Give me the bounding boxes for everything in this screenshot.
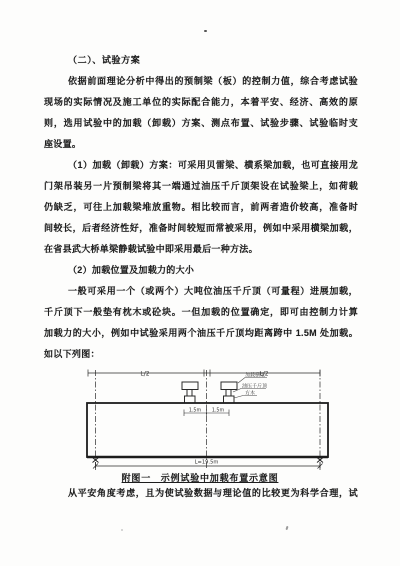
total-length-label: L=19.5m [195,460,219,466]
text-line: 一般可采用一个（或两个）大吨位油压千斤顶（可量程）进展加载， [44,281,358,302]
text-line: 从平安角度考虑，且为使试验数据与理论值的比较更为科学合理，试 [44,483,358,504]
text-line: 加载力的大小，例如中试验采用两个油压千斤顶均距离跨中 1.5M 处加载。 [44,323,358,344]
offset-right-label: 1.5m [212,408,225,414]
section-heading: （二）、试验方案 [44,50,358,71]
offset-left-label: 1.5m [189,408,202,414]
scan-speck [121,529,123,531]
loading-beam-label: 加载横梁 [245,372,266,379]
text-line: 在省县武大桥单梁静载试验中即采用最后一种方法。 [44,239,358,260]
scan-speck [204,30,207,32]
half-span-label-left: L/2 [140,371,149,378]
figure-caption-text: 附图一 示例试验中加载布置示意图 [122,473,279,483]
text-line: 现场的实际情况及施工单位的实际配合能力，本着平安、经济、高效的原 [44,92,358,113]
centerlines [96,370,321,469]
top-dimension-line [88,370,320,377]
body-text-block: （二）、试验方案 依据前面理论分析中得出的预制梁（板）的控制力值，综合考虑试验 … [44,50,358,365]
text-line: 则，选用试验中的加载（卸载）方案、测点布置、试验步骤、试验临时支 [44,113,358,134]
text-line: 间较长，后者经济性好，准备时间较短而常被采用，例如中采用横梁加载， [44,218,358,239]
beam-outline [87,403,328,457]
closing-paragraph: 从平安角度考虑，且为使试验数据与理论值的比较更为科学合理，试 [44,483,358,504]
text-line: 座设置。 [44,134,358,155]
text-line: 依据前面理论分析中得出的预制梁（板）的控制力值，综合考虑试验 [44,71,358,92]
jack-assembly-left [182,382,198,403]
text-line: 如以下列图： [44,344,358,365]
text-line: （1）加载（卸载）方案：可采用贝雷梁、横系梁加载，也可直接用龙 [44,155,358,176]
text-line: 千斤顶下一般垫有枕木或砼块。一但加载的位置确定，即可由控制力计算 [44,302,358,323]
subsection-heading: （2）加载位置及加载力的大小 [44,260,358,281]
text-line: 仍缺乏，可往上加载梁堆放重物。相比较而言，前两者造价较高，准备时 [44,197,358,218]
scan-speck [285,526,288,530]
text-line: 门架吊装另一片预制梁将其一端通过油压千斤顶架设在试验梁上，如荷载 [44,176,358,197]
timber-block-label: 方木 [245,390,255,397]
loading-arrangement-diagram: L/2 L/2 加载横梁 油压千斤顶 [0,366,400,480]
hydraulic-jack-label: 油压千斤顶 [242,383,268,390]
jack-assembly-right [221,382,237,403]
document-page: （二）、试验方案 依据前面理论分析中得出的预制梁（板）的控制力值，综合考虑试验 … [0,0,400,566]
